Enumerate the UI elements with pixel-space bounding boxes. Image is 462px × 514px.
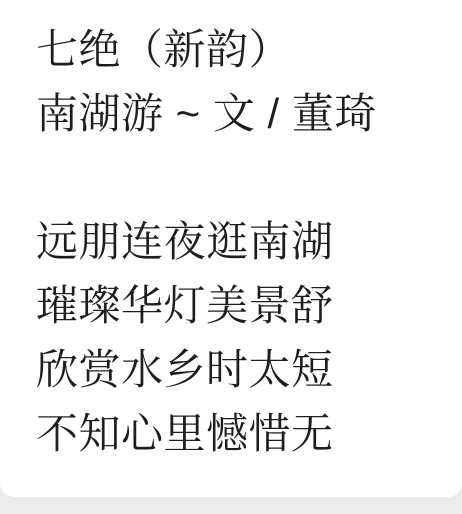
poem-line-2: 璀璨华灯美景舒 — [36, 274, 442, 338]
poem-line-3: 欣赏水乡时太短 — [36, 338, 442, 402]
poem-line-4: 不知心里憾惜无 — [36, 402, 442, 466]
poem-title: 七绝（新韵） — [36, 18, 442, 82]
blank-line — [36, 146, 442, 210]
poem-card: 七绝（新韵） 南湖游 ~ 文 / 董琦 远朋连夜逛南湖 璀璨华灯美景舒 欣赏水乡… — [0, 0, 462, 497]
poem-author-line: 南湖游 ~ 文 / 董琦 — [36, 82, 442, 146]
poem-line-1: 远朋连夜逛南湖 — [36, 210, 442, 274]
